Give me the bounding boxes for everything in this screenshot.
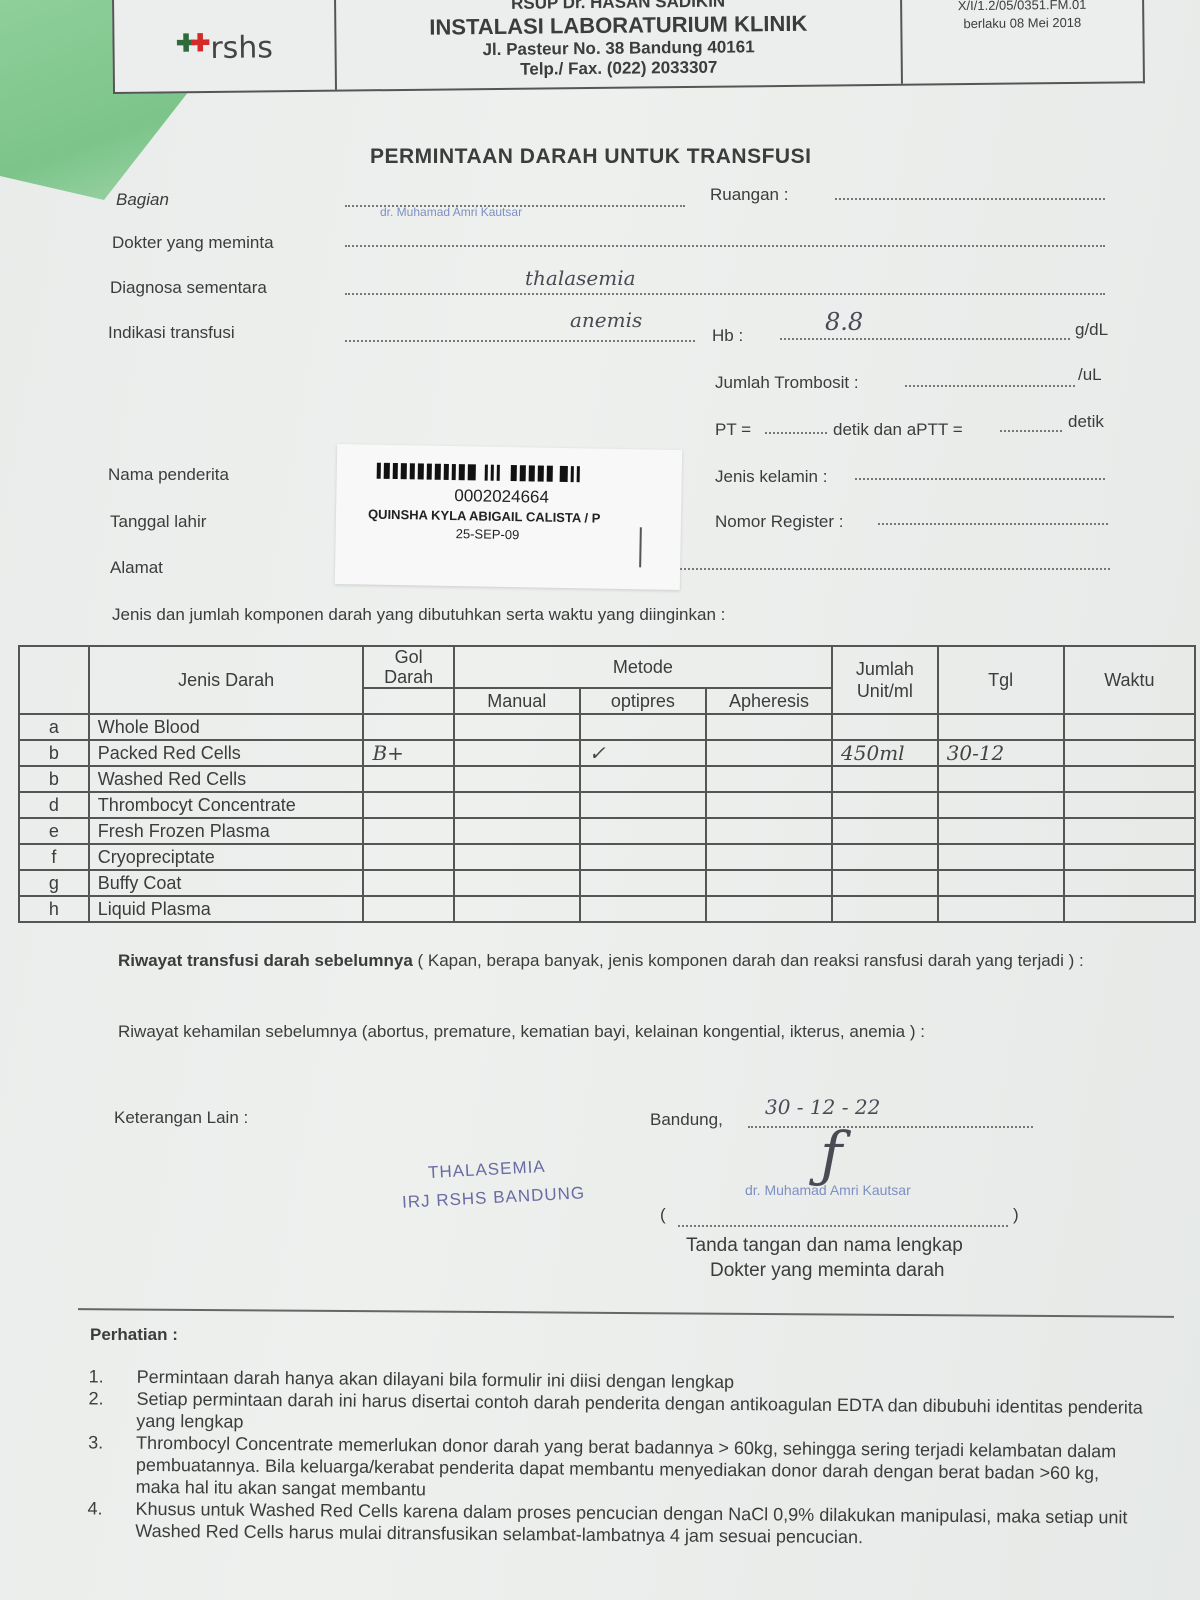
cell-jumlah[interactable]	[832, 870, 938, 896]
cell-optipres[interactable]	[580, 714, 706, 740]
indikasi-label: Indikasi transfusi	[108, 323, 235, 343]
keterangan-lain-label: Keterangan Lain :	[114, 1108, 248, 1128]
ruangan-field[interactable]	[835, 198, 1105, 200]
alamat-field[interactable]	[680, 568, 1110, 570]
riwayat-kehamilan: Riwayat kehamilan sebelumnya (abortus, p…	[118, 1022, 925, 1042]
col-code	[19, 646, 89, 714]
form-code-cell: X/I/1.2/05/0351.FM.01 berlaku 08 Mei 201…	[902, 0, 1143, 84]
alamat-label: Alamat	[110, 558, 163, 578]
cell-gol[interactable]	[363, 870, 453, 896]
cell-waktu[interactable]	[1064, 844, 1195, 870]
table-row: gBuffy Coat	[19, 870, 1195, 896]
indikasi-value: anemis	[570, 308, 642, 332]
cell-manual[interactable]	[454, 896, 580, 922]
hospital-logo: ✚✚ rshs	[114, 0, 337, 92]
cell-tgl[interactable]: 30-12	[938, 740, 1064, 766]
cell-name: Cryopreciptate	[89, 844, 364, 870]
cell-optipres[interactable]	[580, 896, 706, 922]
table-row: bPacked Red CellsB+✓450ml30-12	[19, 740, 1195, 766]
col-optipres: optipres	[580, 688, 706, 714]
cell-waktu[interactable]	[1064, 818, 1195, 844]
nama-label: Nama penderita	[108, 465, 229, 485]
cell-gol[interactable]	[363, 792, 453, 818]
divider	[78, 1308, 1174, 1318]
cell-waktu[interactable]	[1064, 896, 1195, 922]
patient-sticker: 0002024664 QUINSHA KYLA ABIGAIL CALISTA …	[335, 444, 682, 590]
cell-waktu[interactable]	[1064, 766, 1195, 792]
cell-apheresis[interactable]	[706, 740, 832, 766]
cell-code: h	[19, 896, 89, 922]
note-text: Khusus untuk Washed Red Cells karena dal…	[135, 1498, 1147, 1551]
notes-list: 1.Permintaan darah hanya akan dilayani b…	[87, 1365, 1148, 1550]
table-row: bWashed Red Cells	[19, 766, 1195, 792]
cell-code: a	[19, 714, 89, 740]
riwayat-transfusi-title: Riwayat transfusi darah sebelumnya	[118, 951, 413, 970]
cell-tgl[interactable]	[938, 818, 1064, 844]
form-title: PERMINTAAN DARAH UNTUK TRANSFUSI	[370, 145, 811, 169]
table-row: dThrombocyt Concentrate	[19, 792, 1195, 818]
cell-name: Fresh Frozen Plasma	[89, 818, 364, 844]
trombosit-label: Jumlah Trombosit :	[715, 373, 859, 393]
cell-apheresis[interactable]	[706, 766, 832, 792]
date-field[interactable]	[748, 1126, 1033, 1128]
diagnosa-field[interactable]	[345, 293, 1105, 295]
cell-optipres[interactable]	[580, 844, 706, 870]
cell-gol[interactable]	[363, 844, 453, 870]
nomor-register-label: Nomor Register :	[715, 512, 843, 532]
table-row: eFresh Frozen Plasma	[19, 818, 1195, 844]
hb-unit: g/dL	[1075, 320, 1108, 340]
col-tgl: Tgl	[938, 646, 1064, 714]
cell-name: Whole Blood	[89, 714, 364, 740]
signature-caption1: Tanda tangan dan nama lengkap	[686, 1235, 963, 1257]
cell-apheresis[interactable]	[706, 818, 832, 844]
diagnosa-value: thalasemia	[525, 266, 636, 290]
jenis-kelamin-field[interactable]	[855, 478, 1105, 480]
signature-paren-close: )	[1013, 1205, 1019, 1225]
table-row: aWhole Blood	[19, 714, 1195, 740]
logo-text: rshs	[210, 30, 273, 66]
trombosit-unit: /uL	[1078, 365, 1102, 385]
form-header: ✚✚ rshs RSUP Dr. HASAN SADIKIN INSTALASI…	[112, 0, 1145, 94]
signature-place: Bandung,	[650, 1110, 723, 1130]
cell-tgl[interactable]	[938, 714, 1064, 740]
cell-jumlah[interactable]: 450ml	[832, 740, 938, 766]
signature-paren-open: (	[660, 1205, 666, 1225]
patient-dob: 25-SEP-09	[456, 526, 520, 542]
cell-apheresis[interactable]	[706, 792, 832, 818]
cell-waktu[interactable]	[1064, 714, 1195, 740]
cell-tgl[interactable]	[938, 870, 1064, 896]
dokter-field[interactable]	[345, 245, 1105, 247]
cell-apheresis[interactable]	[706, 714, 832, 740]
col-metode: Metode	[454, 646, 832, 688]
cell-code: b	[19, 740, 89, 766]
aptt-field[interactable]	[1000, 430, 1062, 432]
cell-apheresis[interactable]	[706, 870, 832, 896]
note-number: 4.	[87, 1497, 135, 1541]
note-number: 3.	[88, 1431, 137, 1497]
thalasemia-stamp-line1: THALASEMIA	[428, 1157, 547, 1183]
cell-waktu[interactable]	[1064, 870, 1195, 896]
cell-name: Thrombocyt Concentrate	[89, 792, 364, 818]
blood-components-table: Jenis Darah Gol Darah Metode Jumlah Unit…	[18, 645, 1196, 923]
cell-code: f	[19, 844, 89, 870]
cell-gol[interactable]	[363, 818, 453, 844]
tanggal-lahir-label: Tanggal lahir	[110, 512, 206, 532]
components-intro: Jenis dan jumlah komponen darah yang dib…	[112, 605, 725, 625]
note-text: Thrombocyl Concentrate memerlukan donor …	[136, 1432, 1149, 1507]
cell-gol[interactable]	[363, 766, 453, 792]
pt-field[interactable]	[765, 432, 827, 434]
col-gol-blank	[363, 688, 453, 714]
diagnosa-label: Diagnosa sementara	[110, 278, 267, 298]
table-row: fCryopreciptate	[19, 844, 1195, 870]
cell-code: g	[19, 870, 89, 896]
cell-tgl[interactable]	[938, 844, 1064, 870]
cell-waktu[interactable]	[1064, 792, 1195, 818]
riwayat-transfusi-desc: ( Kapan, berapa banyak, jenis komponen d…	[413, 951, 1084, 970]
jenis-kelamin-label: Jenis kelamin :	[715, 467, 827, 487]
institution-info: RSUP Dr. HASAN SADIKIN INSTALASI LABORAT…	[336, 0, 903, 90]
trombosit-field[interactable]	[905, 385, 1075, 387]
nomor-register-field[interactable]	[878, 523, 1108, 525]
dokter-label: Dokter yang meminta	[112, 233, 274, 253]
cell-code: d	[19, 792, 89, 818]
notes-title: Perhatian :	[90, 1325, 178, 1345]
cell-gol[interactable]	[363, 896, 453, 922]
signature-field[interactable]	[678, 1225, 1008, 1227]
cell-optipres[interactable]	[580, 792, 706, 818]
signature-date: 30 - 12 - 22	[765, 1095, 880, 1119]
cell-tgl[interactable]	[938, 896, 1064, 922]
aptt-label: detik dan aPTT =	[833, 420, 963, 440]
cell-manual[interactable]	[454, 714, 580, 740]
note-number: 1.	[89, 1365, 137, 1387]
note-item: 3.Thrombocyl Concentrate memerlukan dono…	[88, 1431, 1149, 1506]
bagian-label: Bagian	[116, 190, 169, 210]
ruangan-label: Ruangan :	[710, 185, 788, 205]
pt-label: PT =	[715, 420, 751, 440]
cell-optipres[interactable]	[580, 818, 706, 844]
cell-manual[interactable]	[454, 792, 580, 818]
cell-manual[interactable]	[454, 766, 580, 792]
cell-jumlah[interactable]	[832, 714, 938, 740]
note-item: 4.Khusus untuk Washed Red Cells karena d…	[87, 1497, 1147, 1550]
col-manual: Manual	[454, 688, 580, 714]
cell-jumlah[interactable]	[832, 896, 938, 922]
hb-label: Hb :	[712, 326, 743, 346]
aptt-unit: detik	[1068, 412, 1104, 432]
barcode-icon	[377, 463, 580, 483]
hb-value: 8.8	[825, 308, 863, 336]
cell-name: Packed Red Cells	[89, 740, 364, 766]
cell-jumlah[interactable]	[832, 844, 938, 870]
cell-name: Liquid Plasma	[89, 896, 364, 922]
cell-code: e	[19, 818, 89, 844]
note-number: 2.	[88, 1387, 136, 1431]
cross-logo-icon: ✚✚	[176, 29, 205, 58]
cell-jumlah[interactable]	[832, 818, 938, 844]
cell-apheresis[interactable]	[706, 896, 832, 922]
cell-optipres[interactable]	[580, 870, 706, 896]
cell-manual[interactable]	[454, 740, 580, 766]
cell-apheresis[interactable]	[706, 844, 832, 870]
cell-manual[interactable]	[454, 870, 580, 896]
table-row: hLiquid Plasma	[19, 896, 1195, 922]
cell-gol[interactable]	[363, 714, 453, 740]
valid-from: berlaku 08 Mei 2018	[902, 13, 1142, 34]
cell-jumlah[interactable]	[832, 766, 938, 792]
thalasemia-stamp-line2: IRJ RSHS BANDUNG	[402, 1183, 586, 1213]
cell-gol[interactable]: B+	[363, 740, 453, 766]
cell-tgl[interactable]	[938, 766, 1064, 792]
cell-waktu[interactable]	[1064, 740, 1195, 766]
patient-name: QUINSHA KYLA ABIGAIL CALISTA / P	[368, 507, 601, 526]
col-gol: Gol Darah	[363, 646, 453, 688]
cell-optipres[interactable]	[580, 766, 706, 792]
cell-manual[interactable]	[454, 844, 580, 870]
patient-id: 0002024664	[454, 486, 549, 508]
doctor-stamp: dr. Muhamad Amri Kautsar	[380, 205, 522, 219]
hb-field[interactable]	[780, 338, 1070, 340]
col-jumlah: Jumlah Unit/ml	[832, 646, 938, 714]
signature-scribble: ƒ	[820, 1120, 842, 1190]
cell-optipres[interactable]: ✓	[580, 740, 706, 766]
col-apheresis: Apheresis	[706, 688, 832, 714]
col-waktu: Waktu	[1064, 646, 1195, 714]
indikasi-field[interactable]	[345, 340, 695, 342]
cell-jumlah[interactable]	[832, 792, 938, 818]
cell-code: b	[19, 766, 89, 792]
sticker-divider	[639, 527, 642, 567]
cell-name: Buffy Coat	[89, 870, 364, 896]
col-jenis: Jenis Darah	[89, 646, 364, 714]
cell-name: Washed Red Cells	[89, 766, 364, 792]
cell-tgl[interactable]	[938, 792, 1064, 818]
cell-manual[interactable]	[454, 818, 580, 844]
riwayat-transfusi: Riwayat transfusi darah sebelumnya ( Kap…	[118, 950, 1098, 972]
signature-caption2: Dokter yang meminta darah	[710, 1260, 944, 1282]
